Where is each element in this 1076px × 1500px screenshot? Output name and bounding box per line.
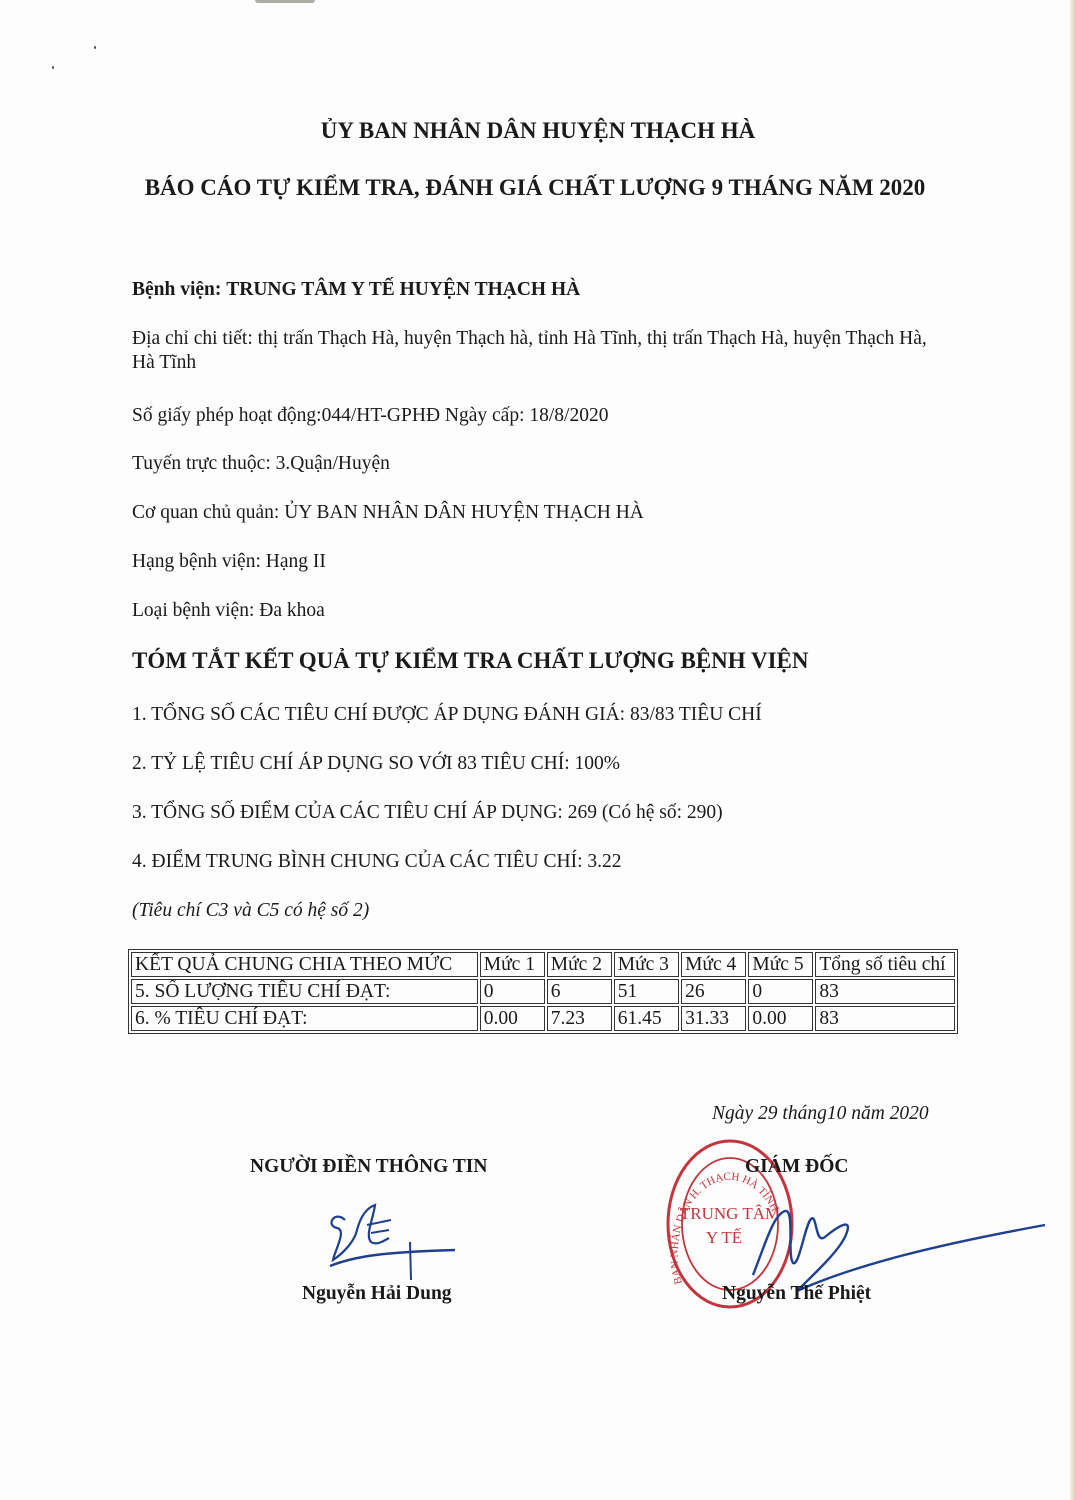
table-header-cell: Mức 2 (547, 952, 612, 977)
scan-speck (52, 66, 54, 69)
table-header-cell: Mức 1 (480, 952, 545, 977)
right-signer-name: Nguyễn Thế Phiệt (722, 1283, 871, 1305)
hospital-name-value: TRUNG TÂM Y TẾ HUYỆN THẠCH HÀ (226, 279, 580, 300)
table-cell: 83 (815, 1006, 955, 1031)
hospital-name-label: Bệnh viện: (132, 279, 221, 300)
table-row: 6. % TIÊU CHÍ ĐẠT: 0.00 7.23 61.45 31.33… (131, 1006, 955, 1031)
left-signer-name: Nguyễn Hải Dung (302, 1283, 452, 1305)
left-signature-icon (315, 1180, 465, 1280)
table-cell: 51 (614, 979, 679, 1004)
hospital-rank: Hạng bệnh viện: Hạng II (132, 551, 326, 573)
authority-title: ỦY BAN NHÂN DÂN HUYỆN THẠCH HÀ (0, 118, 1076, 144)
table-cell: 7.23 (547, 1006, 612, 1031)
table-row: 5. SỐ LƯỢNG TIÊU CHÍ ĐẠT: 0 6 51 26 0 83 (131, 979, 955, 1004)
paper-edge (1070, 0, 1076, 1500)
scan-shadow (255, 0, 315, 3)
table-header-cell: Mức 5 (748, 952, 813, 977)
hospital-type: Loại bệnh viện: Đa khoa (132, 600, 325, 622)
summary-heading: TÓM TẮT KẾT QUẢ TỰ KIỂM TRA CHẤT LƯỢNG B… (132, 648, 809, 674)
table-cell: 0 (748, 979, 813, 1004)
hospital-license: Số giấy phép hoạt động:044/HT-GPHĐ Ngày … (132, 405, 608, 427)
table-cell: 26 (681, 979, 746, 1004)
hospital-name-line: Bệnh viện: TRUNG TÂM Y TẾ HUYỆN THẠCH HÀ (132, 279, 580, 301)
table-header-cell: Tổng số tiêu chí (815, 952, 955, 977)
table-cell: 6. % TIÊU CHÍ ĐẠT: (131, 1006, 478, 1031)
summary-item: 3. TỔNG SỐ ĐIỂM CỦA CÁC TIÊU CHÍ ÁP DỤNG… (132, 802, 723, 824)
table-header-cell: Mức 3 (614, 952, 679, 977)
table-cell: 31.33 (681, 1006, 746, 1031)
summary-item: 1. TỔNG SỐ CÁC TIÊU CHÍ ĐƯỢC ÁP DỤNG ĐÁN… (132, 704, 762, 726)
table-cell: 0.00 (480, 1006, 545, 1031)
table-cell: 5. SỐ LƯỢNG TIÊU CHÍ ĐẠT: (131, 979, 478, 1004)
table-cell: 0.00 (748, 1006, 813, 1031)
signing-date: Ngày 29 tháng10 năm 2020 (712, 1103, 929, 1125)
table-cell: 6 (547, 979, 612, 1004)
report-title: BÁO CÁO TỰ KIỂM TRA, ĐÁNH GIÁ CHẤT LƯỢNG… (120, 172, 950, 203)
results-table: KẾT QUẢ CHUNG CHIA THEO MỨC Mức 1 Mức 2 … (128, 949, 958, 1034)
summary-item: 4. ĐIỂM TRUNG BÌNH CHUNG CỦA CÁC TIÊU CH… (132, 851, 622, 873)
hospital-address: Địa chỉ chi tiết: thị trấn Thạch Hà, huy… (132, 327, 942, 375)
table-header-cell: KẾT QUẢ CHUNG CHIA THEO MỨC (131, 952, 478, 977)
scanned-page: ỦY BAN NHÂN DÂN HUYỆN THẠCH HÀ BÁO CÁO T… (0, 0, 1076, 1500)
table-cell: 83 (815, 979, 955, 1004)
table-cell: 61.45 (614, 1006, 679, 1031)
right-signer-title: GIÁM ĐỐC (745, 1156, 848, 1178)
hospital-managing-agency: Cơ quan chủ quản: ỦY BAN NHÂN DÂN HUYỆN … (132, 502, 644, 524)
summary-note: (Tiêu chí C3 và C5 có hệ số 2) (132, 900, 369, 922)
left-signer-title: NGƯỜI ĐIỀN THÔNG TIN (250, 1156, 487, 1178)
scan-speck (94, 46, 96, 49)
table-header-cell: Mức 4 (681, 952, 746, 977)
hospital-level: Tuyến trực thuộc: 3.Quận/Huyện (132, 453, 390, 475)
table-cell: 0 (480, 979, 545, 1004)
stamp-center-line2: Y TẾ (706, 1228, 742, 1247)
summary-item: 2. TỶ LỆ TIÊU CHÍ ÁP DỤNG SO VỚI 83 TIÊU… (132, 753, 620, 775)
table-header-row: KẾT QUẢ CHUNG CHIA THEO MỨC Mức 1 Mức 2 … (131, 952, 955, 977)
